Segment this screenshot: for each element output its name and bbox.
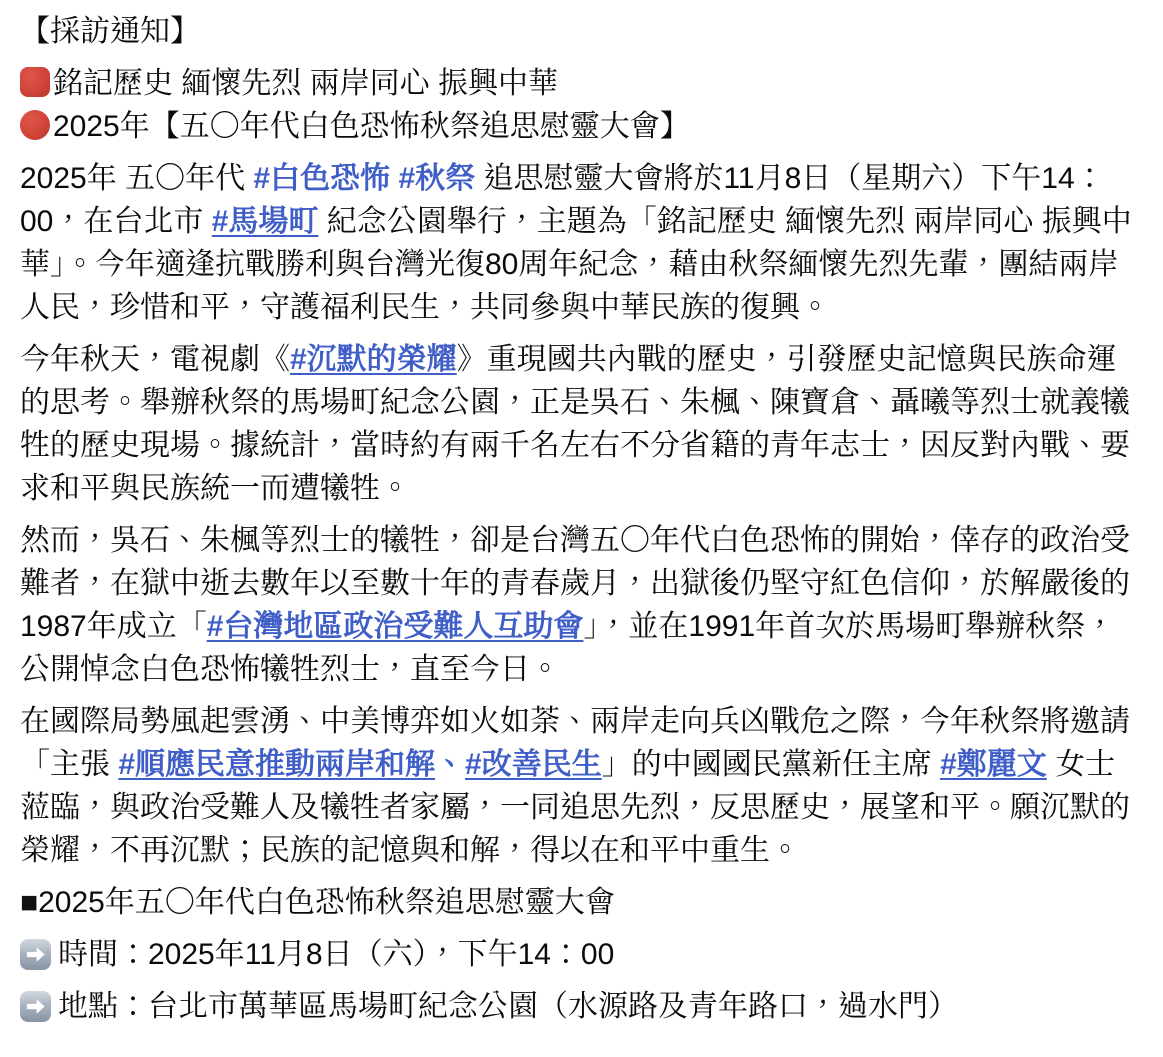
hashtag-silent-glory[interactable]: #沉默的榮耀 [290, 343, 457, 376]
event-place-text: 地點：台北市萬華區馬場町紀念公園（水源路及青年路口，過水門） [58, 990, 958, 1023]
banner-slogan: 銘記歷史 緬懷先烈 兩岸同心 振興中華 [53, 67, 558, 100]
banner: 銘記歷史 緬懷先烈 兩岸同心 振興中華2025年【五〇年代白色恐怖秋祭追思慰靈大… [20, 62, 1145, 148]
event-title-line: ■2025年五〇年代白色恐怖秋祭追思慰靈大會 [20, 881, 1145, 924]
hashtag-separator: 、 [435, 748, 465, 781]
paragraph-invitation: 在國際局勢風起雲湧、中美博弈如火如荼、兩岸走向兵凶戰危之際，今年秋祭將邀請「主張… [20, 700, 1145, 872]
hashtag-improve-livelihood[interactable]: #改善民生 [465, 748, 602, 781]
paragraph-intro: 2025年 五〇年代 #白色恐怖 #秋祭 追思慰靈大會將於11月8日（星期六）下… [20, 157, 1145, 329]
red-square-icon [20, 67, 50, 97]
text-run: 」的中國國民黨新任主席 [602, 748, 940, 781]
red-circle-icon [20, 110, 50, 140]
text-run: 2025年 五〇年代 [20, 162, 253, 195]
notice-header: 【採訪通知】 [20, 10, 1145, 53]
post-content: 【採訪通知】 銘記歷史 緬懷先烈 兩岸同心 振興中華2025年【五〇年代白色恐怖… [20, 10, 1145, 1028]
hashtag-white-terror[interactable]: #白色恐怖 [253, 162, 390, 195]
paragraph-history: 然而，吳石、朱楓等烈士的犧牲，卻是台灣五〇年代白色恐怖的開始，倖存的政治受難者，… [20, 519, 1145, 691]
event-title-text: 2025年五〇年代白色恐怖秋祭追思慰靈大會 [38, 886, 615, 919]
hashtag-autumn-memorial[interactable]: #秋祭 [398, 162, 475, 195]
hashtag-mutual-aid-association[interactable]: #台灣地區政治受難人互助會 [207, 610, 584, 643]
paragraph-drama: 今年秋天，電視劇《#沉默的榮耀》重現國共內戰的歷史，引發歷史記憶與民族命運的思考… [20, 338, 1145, 510]
banner-event: 2025年【五〇年代白色恐怖秋祭追思慰靈大會】 [53, 110, 690, 143]
hashtag-cheng-li-wun[interactable]: #鄭麗文 [940, 748, 1047, 781]
hashtag-machangting[interactable]: #馬場町 [212, 205, 319, 238]
square-bullet-icon: ■ [20, 886, 38, 919]
text-run: 今年秋天，電視劇《 [20, 343, 290, 376]
event-time-line: 時間：2025年11月8日（六），下午14：00 [20, 933, 1145, 976]
notice-text: 【採訪通知】 [20, 15, 200, 48]
right-arrow-icon [20, 991, 51, 1022]
hashtag-cross-strait-reconciliation[interactable]: #順應民意推動兩岸和解 [118, 748, 435, 781]
event-time-text: 時間：2025年11月8日（六），下午14：00 [58, 938, 614, 971]
right-arrow-icon [20, 939, 51, 970]
event-place-line: 地點：台北市萬華區馬場町紀念公園（水源路及青年路口，過水門） [20, 985, 1145, 1028]
